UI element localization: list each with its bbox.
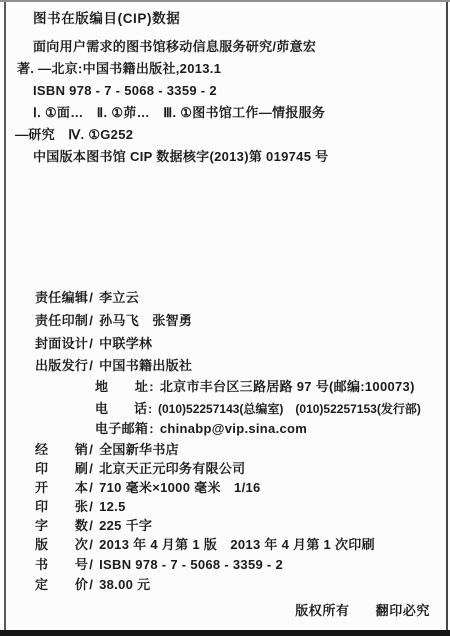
cip-record-number-line: 中国版本图书馆 CIP 数据核字(2013)第 019745 号	[33, 149, 328, 164]
page-top-edge	[0, 0, 450, 2]
row-value: ISBN 978 - 7 - 5068 - 3359 - 2	[99, 557, 283, 572]
row-label: 责任印制	[35, 313, 88, 328]
colophon-row-book-number: 书 号/ISBN 978 - 7 - 5068 - 3359 - 2	[35, 557, 283, 572]
row-separator: :	[149, 421, 154, 436]
row-label: 出版发行	[35, 358, 88, 373]
row-separator: /	[89, 518, 93, 533]
row-separator: /	[89, 313, 93, 328]
colophon-row-distribution: 经 销/全国新华书店	[35, 442, 179, 457]
row-label: 封面设计	[35, 336, 88, 351]
colophon-row-printed-sheets: 印 张/12.5	[35, 499, 126, 514]
row-label: 经 销	[35, 442, 88, 457]
row-label: 开 本	[35, 480, 88, 495]
colophon-row-format: 开 本/710 毫米×1000 毫米 1/16	[35, 480, 261, 495]
colophon-row-cover-design: 封面设计/中联学林	[35, 336, 152, 351]
row-label: 电 话	[95, 401, 147, 416]
row-value: (010)52257143(总编室) (010)52257153(发行部)	[158, 402, 421, 416]
row-value: 12.5	[99, 499, 126, 514]
row-separator: :	[149, 379, 154, 394]
row-separator: /	[89, 537, 93, 552]
row-value: 孙马飞 张智勇	[99, 313, 192, 328]
row-value: 38.00 元	[99, 577, 150, 592]
colophon-row-responsible-printer: 责任印制/孙马飞 张智勇	[35, 313, 192, 328]
colophon-row-email: 电子邮箱:chinabp@vip.sina.com	[95, 421, 307, 436]
copyright-notice: 版权所有	[295, 603, 349, 618]
cip-classification-line-2: —研究 Ⅳ. ①G252	[15, 127, 133, 142]
row-label: 印 张	[35, 499, 88, 514]
row-separator: /	[89, 499, 93, 514]
row-separator: :	[148, 402, 152, 416]
row-label: 定 价	[35, 577, 88, 592]
page-right-edge	[446, 2, 448, 630]
row-separator: /	[89, 480, 93, 495]
row-value: 全国新华书店	[99, 442, 179, 457]
colophon-row-edition: 版 次/2013 年 4 月第 1 版 2013 年 4 月第 1 次印刷	[35, 537, 375, 552]
page-left-edge	[4, 2, 6, 630]
row-separator: /	[89, 290, 93, 305]
row-value: 北京市丰台区三路居路 97 号(邮编:100073)	[160, 379, 415, 394]
cip-publisher-line: 著. —北京:中国书籍出版社,2013.1	[17, 61, 221, 76]
row-separator: /	[89, 358, 93, 373]
row-value: 2013 年 4 月第 1 版 2013 年 4 月第 1 次印刷	[99, 537, 375, 552]
reprint-notice: 翻印必究	[376, 603, 430, 618]
row-label: 书 号	[35, 557, 88, 572]
colophon-row-publisher: 出版发行/中国书籍出版社	[35, 358, 192, 373]
row-label: 印 刷	[35, 461, 88, 476]
row-label: 版 次	[35, 537, 88, 552]
cip-heading: 图书在版编目(CIP)数据	[33, 11, 180, 26]
colophon-row-printing: 印 刷/北京天正元印务有限公司	[35, 461, 245, 476]
row-label: 字 数	[35, 518, 88, 533]
row-separator: /	[89, 557, 93, 572]
row-value: 225 千字	[99, 518, 152, 533]
book-copyright-page: 图书在版编目(CIP)数据 面向用户需求的图书馆移动信息服务研究/茆意宏 著. …	[0, 0, 450, 636]
cip-isbn-line: ISBN 978 - 7 - 5068 - 3359 - 2	[33, 83, 217, 98]
colophon-row-address: 地 址:北京市丰台区三路居路 97 号(邮编:100073)	[95, 379, 415, 394]
footer-notice: 版权所有翻印必究	[295, 600, 430, 619]
row-separator: /	[89, 442, 93, 457]
cip-classification-line-1: Ⅰ. ①面… Ⅱ. ①茆… Ⅲ. ①图书馆工作—情报服务	[33, 105, 325, 120]
colophon-row-responsible-editor: 责任编辑/李立云	[35, 290, 139, 305]
row-value: 中联学林	[99, 336, 152, 351]
row-value: 李立云	[99, 290, 139, 305]
row-label: 电子邮箱	[95, 421, 148, 436]
cip-title-line: 面向用户需求的图书馆移动信息服务研究/茆意宏	[33, 39, 316, 54]
colophon-row-phone: 电 话:(010)52257143(总编室) (010)52257153(发行部…	[95, 401, 421, 417]
row-label: 地 址	[95, 379, 148, 394]
row-separator: /	[89, 461, 93, 476]
page-bottom-edge	[0, 630, 450, 636]
colophon-row-word-count: 字 数/225 千字	[35, 518, 152, 533]
row-value: chinabp@vip.sina.com	[160, 421, 307, 436]
row-value: 中国书籍出版社	[99, 358, 192, 373]
row-separator: /	[89, 577, 93, 592]
row-label: 责任编辑	[35, 290, 88, 305]
row-value: 710 毫米×1000 毫米 1/16	[99, 480, 260, 495]
row-separator: /	[89, 336, 93, 351]
colophon-row-price: 定 价/38.00 元	[35, 577, 150, 592]
row-value: 北京天正元印务有限公司	[99, 461, 245, 476]
